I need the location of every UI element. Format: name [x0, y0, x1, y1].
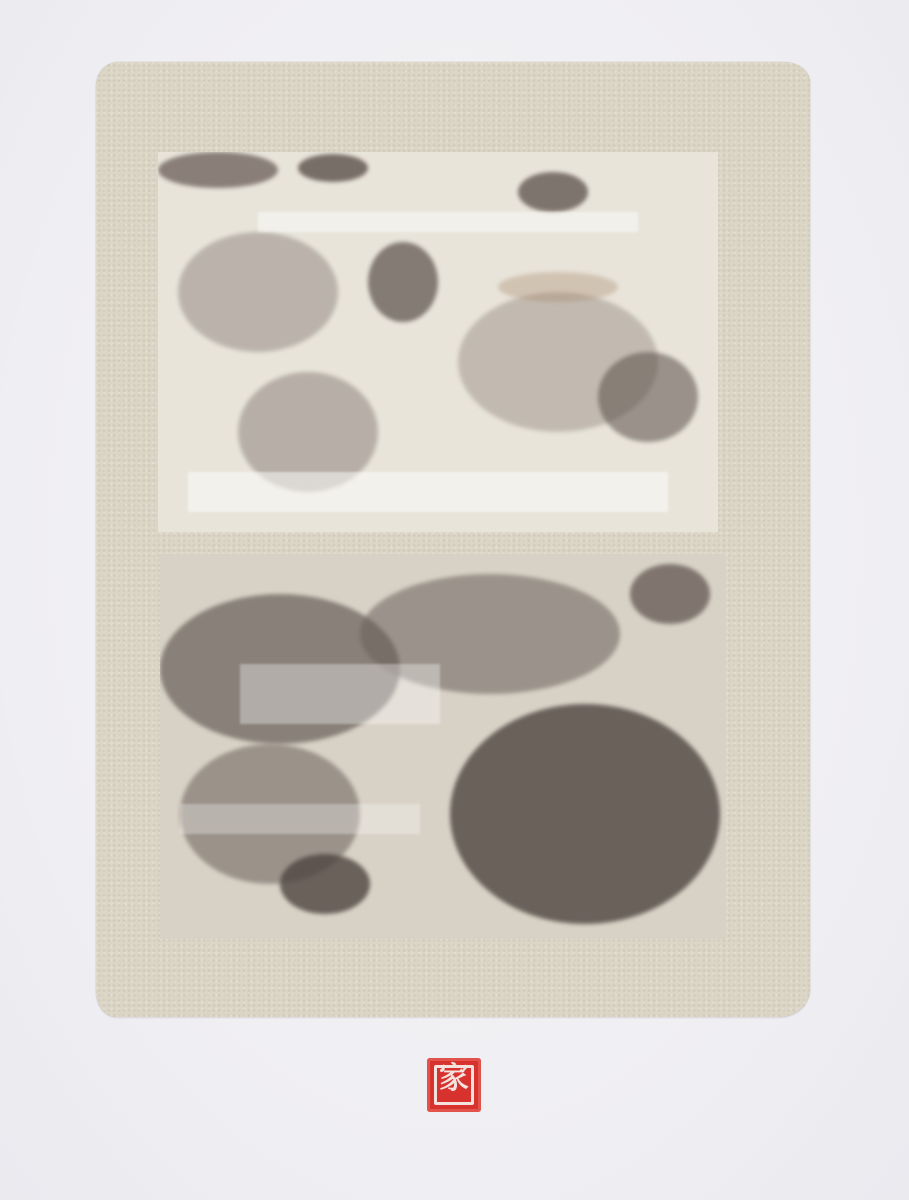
- lower-panel: [160, 554, 726, 939]
- artist-seal: 家: [427, 1058, 481, 1112]
- handmade-paper-sheet: [96, 62, 810, 1017]
- seal-glyph: 家: [427, 1064, 481, 1094]
- upper-panel: [158, 152, 718, 532]
